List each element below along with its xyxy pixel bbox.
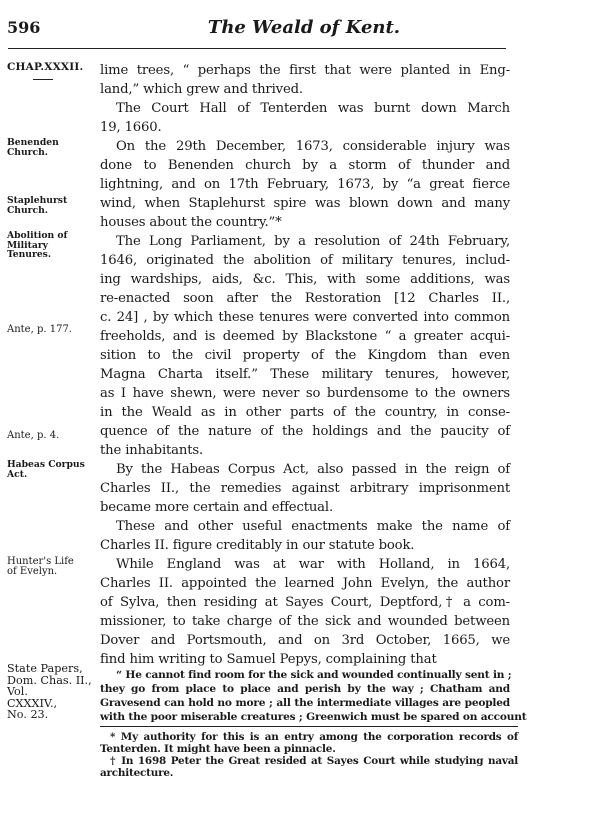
body-line: ing wardships, aids, &c. This, with some…: [100, 270, 510, 289]
body-line: sition to the civil property of the King…: [100, 346, 510, 365]
header-rule: [8, 48, 506, 49]
margin-note-abolition: Abolition of Military Tenures.: [7, 231, 95, 260]
quote-line: “ He cannot find room for the sick and w…: [116, 668, 510, 682]
footnote-rule: [100, 726, 518, 727]
footnote-line: Tenterden. It might have been a pinnacle…: [100, 743, 518, 755]
body-line: find him writing to Samuel Pepys, compla…: [100, 650, 510, 669]
body-line: as I have shewn, were never so burdensom…: [100, 384, 510, 403]
body-line: houses about the country.”*: [100, 213, 510, 232]
body-line: Charles II., the remedies against arbitr…: [100, 479, 510, 498]
body-line: 19, 1660.: [100, 118, 510, 137]
footnote-line: architecture.: [100, 767, 518, 779]
body-line: quence of the nature of the holdings and…: [100, 422, 510, 441]
book-page: 596 The Weald of Kent. CHAP.XXXII. Benen…: [0, 0, 600, 839]
margin-text: Act.: [7, 470, 95, 480]
body-line: The Long Parliament, by a resolution of …: [116, 232, 510, 251]
body-line: missioner, to take charge of the sick an…: [100, 612, 510, 631]
margin-note-hunter: Hunter's Life of Evelyn.: [7, 557, 95, 576]
body-line: Charles II. figure creditably in our sta…: [100, 536, 510, 555]
body-line: lime trees, “ perhaps the first that wer…: [100, 61, 510, 80]
margin-text: State Papers,: [7, 663, 97, 675]
margin-chapter: CHAP.XXXII.: [7, 63, 95, 73]
margin-note-ante-4: Ante, p. 4.: [7, 431, 95, 441]
margin-note-staplehurst: Staplehurst Church.: [7, 196, 95, 215]
margin-text: Church.: [7, 148, 95, 158]
body-line: The Court Hall of Tenterden was burnt do…: [116, 99, 510, 118]
body-line: freeholds, and is deemed by Blackstone “…: [100, 327, 510, 346]
body-line: lightning, and on 17th February, 1673, b…: [100, 175, 510, 194]
quote-line: Gravesend can hold no more ; all the int…: [100, 696, 510, 710]
body-line: On the 29th December, 1673, considerable…: [116, 137, 510, 156]
body-line: 1646, originated the abolition of milita…: [100, 251, 510, 270]
footnote-line: † In 1698 Peter the Great resided at Say…: [110, 755, 518, 767]
body-line: Charles II. appointed the learned John E…: [100, 574, 510, 593]
margin-note-habeas: Habeas Corpus Act.: [7, 460, 95, 479]
body-line: wind, when Staplehurst spire was blown d…: [100, 194, 510, 213]
margin-text: Tenures.: [7, 250, 95, 260]
chapter-dash: [33, 79, 53, 80]
margin-text: No. 23.: [7, 709, 97, 721]
body-line: done to Benenden church by a storm of th…: [100, 156, 510, 175]
footnote-line: * My authority for this is an entry amon…: [110, 731, 518, 743]
body-line: re-enacted soon after the Restoration [1…: [100, 289, 510, 308]
margin-note-state-papers: State Papers, Dom. Chas. II., Vol. CXXXI…: [7, 663, 97, 721]
margin-note-ante-177: Ante, p. 177.: [7, 325, 95, 335]
body-line: These and other useful enactments make t…: [116, 517, 510, 536]
body-line: Magna Charta itself.” These military ten…: [100, 365, 510, 384]
quote-line: with the poor miserable creatures ; Gree…: [100, 710, 510, 724]
running-title: The Weald of Kent.: [0, 17, 600, 38]
body-line: land,” which grew and thrived.: [100, 80, 510, 99]
margin-note-benenden: Benenden Church.: [7, 138, 95, 157]
body-line: c. 24] , by which these tenures were con…: [100, 308, 510, 327]
body-line: in the Weald as in other parts of the co…: [100, 403, 510, 422]
body-line: became more certain and effectual.: [100, 498, 510, 517]
margin-text: Vol.: [7, 686, 97, 698]
margin-text: of Evelyn.: [7, 567, 95, 577]
body-line: While England was at war with Holland, i…: [116, 555, 510, 574]
body-line: of Sylva, then residing at Sayes Court, …: [100, 593, 510, 612]
margin-text: Church.: [7, 206, 95, 216]
body-line: the inhabitants.: [100, 441, 510, 460]
quote-line: they go from place to place and perish b…: [100, 682, 510, 696]
body-line: By the Habeas Corpus Act, also passed in…: [116, 460, 510, 479]
body-line: Dover and Portsmouth, and on 3rd October…: [100, 631, 510, 650]
